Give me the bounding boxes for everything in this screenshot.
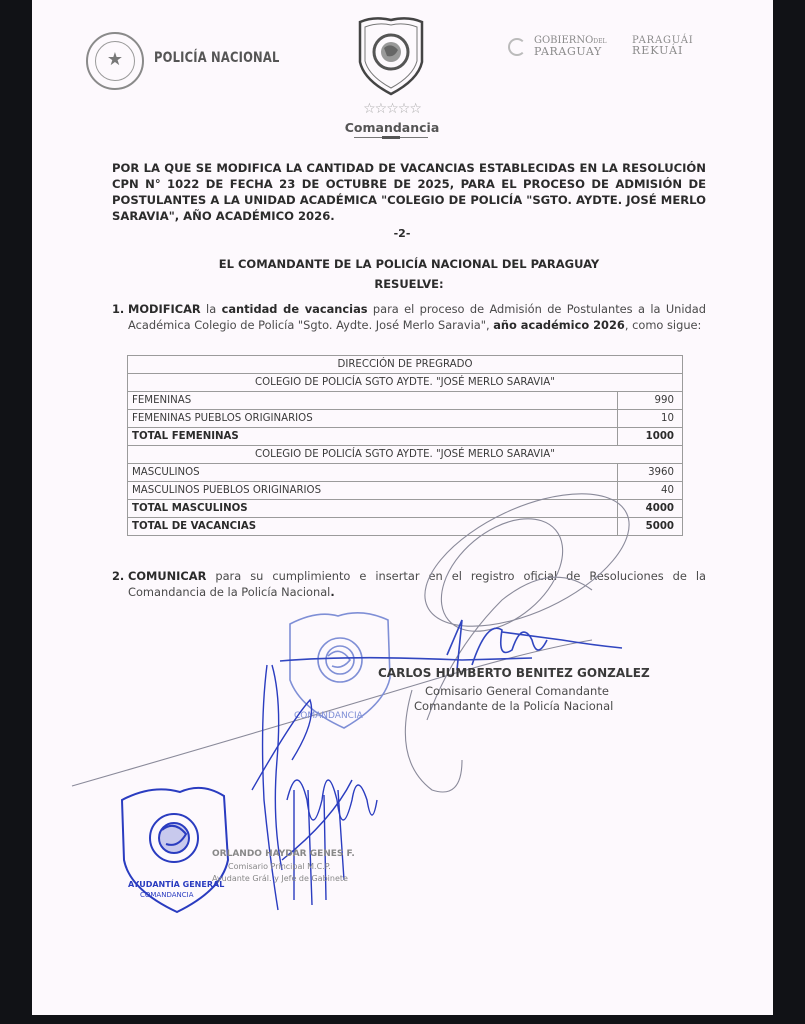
stamp-label: AYUDANTÍA GENERAL [128,878,224,889]
table-row: MASCULINOS PUEBLOS ORIGINARIOS40 [128,482,683,500]
item-bold: año académico 2026 [493,318,625,332]
policia-nacional-label: POLICÍA NACIONAL [154,48,280,66]
row-label: MASCULINOS PUEBLOS ORIGINARIOS [128,482,618,500]
gobierno-paraguay-logo: GOBIERNODEL PARAGUAY [534,36,606,57]
row-value: 40 [618,482,683,500]
item-text: la [201,302,222,316]
authority-heading: EL COMANDANTE DE LA POLICÍA NACIONAL DEL… [112,257,706,271]
item-text: para su cumplimiento e insertar en el re… [128,569,706,599]
page-number: -2- [332,227,472,240]
row-value: 4000 [618,500,683,518]
section-title-row: COLEGIO DE POLICÍA SGTO AYDTE. "JOSÉ MER… [128,374,683,392]
signatory-name: CARLOS HUMBERTO BENITEZ GONZALEZ [378,666,650,680]
table-row: MASCULINOS3960 [128,464,683,482]
paraguai-rekuai-logo: PARAGUÁI REKUÁI [632,36,693,56]
table-header-row: DIRECCIÓN DE PREGRADO [128,356,683,374]
table-header: DIRECCIÓN DE PREGRADO [128,356,683,374]
table-total-row: TOTAL DE VACANCIAS5000 [128,518,683,536]
comandancia-rule-accent [382,136,400,139]
gobierno-line2: PARAGUAY [534,47,606,57]
gobierno-line1-small: DEL [593,38,606,45]
item-end: . [330,585,334,599]
rank-stars: ☆☆☆☆☆ [342,101,442,117]
table-total-row: TOTAL MASCULINOS4000 [128,500,683,518]
comandancia-stamp-icon [290,613,390,728]
item-bold: cantidad de vacancias [222,302,368,316]
row-label: FEMENINAS [128,392,618,410]
stamp-label: COMANDANCIA [294,711,364,721]
item-text: , como sigue: [625,318,702,332]
resolution-item-2: 2. COMUNICAR para su cumplimiento e inse… [112,568,706,600]
second-signatory-name: ORLANDO HAYDAR GENES F. [212,849,355,859]
row-value: 5000 [618,518,683,536]
item-verb: COMUNICAR [128,569,206,583]
star-icon: ★ [88,49,142,70]
row-value: 990 [618,392,683,410]
resolution-item-1: 1. MODIFICAR la cantidad de vacancias pa… [112,301,706,333]
police-badge-icon [354,14,428,96]
second-signatory-rank: Comisario Principal M.C.P. [228,862,331,871]
row-value: 1000 [618,428,683,446]
table-total-row: TOTAL FEMENINAS1000 [128,428,683,446]
signatory-position: Comandante de la Policía Nacional [414,699,613,713]
resolve-heading: RESUELVE: [112,277,706,291]
item-verb: MODIFICAR [128,302,201,316]
row-label: TOTAL MASCULINOS [128,500,618,518]
resolution-title: POR LA QUE SE MODIFICA LA CANTIDAD DE VA… [112,160,706,224]
item-number: 1. [112,301,124,317]
row-label: FEMENINAS PUEBLOS ORIGINARIOS [128,410,618,428]
row-label: TOTAL DE VACANCIAS [128,518,618,536]
table-row: FEMENINAS990 [128,392,683,410]
signatory-rank: Comisario General Comandante [425,684,609,698]
gobierno-logo-icon [508,38,526,56]
item-number: 2. [112,568,124,584]
stamp-label: COMANDANCIA [140,891,194,899]
second-signatory-position: Ayudante Grál. y Jefe de Gabinete [212,874,348,883]
section-title: COLEGIO DE POLICÍA SGTO AYDTE. "JOSÉ MER… [128,374,683,392]
vacancies-table: DIRECCIÓN DE PREGRADOCOLEGIO DE POLICÍA … [127,355,683,536]
comandancia-label: Comandancia [332,120,452,135]
row-label: TOTAL FEMENINAS [128,428,618,446]
row-value: 3960 [618,464,683,482]
signature-commander [280,620,622,670]
rekuai-line2: REKUÁI [632,46,693,56]
document-page: ★ POLICÍA NACIONAL ☆☆☆☆☆ Comandancia GOB… [32,0,773,1015]
section-title-row: COLEGIO DE POLICÍA SGTO AYDTE. "JOSÉ MER… [128,446,683,464]
section-title: COLEGIO DE POLICÍA SGTO AYDTE. "JOSÉ MER… [128,446,683,464]
row-value: 10 [618,410,683,428]
table-row: FEMENINAS PUEBLOS ORIGINARIOS10 [128,410,683,428]
row-label: MASCULINOS [128,464,618,482]
paraguay-seal-logo: ★ [86,32,144,90]
